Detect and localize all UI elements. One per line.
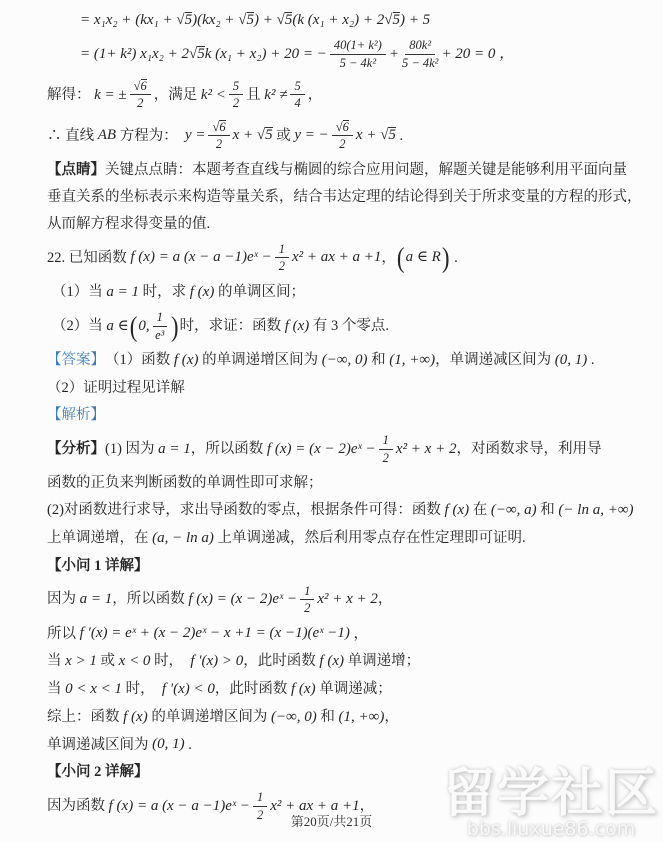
- math-segment: = x₁x₂ + (kx₁ + √5)(kx₂ + √5) + √5(k (x₁…: [80, 11, 430, 30]
- fraction-numerator: 1: [253, 790, 267, 806]
- text-segment: 解得：: [47, 86, 94, 104]
- text-segment: ，满足: [154, 86, 201, 104]
- text-segment: 或: [97, 652, 119, 670]
- math-segment: x² + x + 2: [396, 440, 457, 459]
- sqrt-radical: √6: [336, 120, 349, 134]
- fraction-numerator: 1: [300, 584, 314, 600]
- text-segment: 时，求: [139, 283, 190, 301]
- text-segment: ，: [381, 249, 396, 267]
- math-segment: f (x): [445, 501, 470, 520]
- math-segment: (1, +∞): [389, 351, 435, 370]
- text-segment: ，: [378, 590, 393, 608]
- section-label: 【分析】: [47, 440, 105, 458]
- fraction-numerator: 5: [290, 79, 304, 95]
- math-segment: f ′(x) > 0: [190, 652, 243, 671]
- dianjing-note-2: 垂直关系的坐标表示来构造等量关系，结合韦达定理的结论得到关于所求变量的方程的形式…: [47, 183, 629, 210]
- text-segment: 所以: [47, 625, 80, 643]
- sqrt-radical: √5: [277, 12, 293, 28]
- fraction: √62: [208, 120, 229, 152]
- text-segment: 和: [537, 501, 559, 519]
- math-segment: (−∞, a): [491, 501, 537, 520]
- text-segment: 当: [47, 680, 65, 698]
- text-segment: ，所以函数: [191, 440, 267, 458]
- text-segment: 单调递增；: [344, 652, 420, 670]
- math-segment: a ∈ R: [406, 248, 441, 267]
- fraction-denominator: 2: [339, 136, 345, 151]
- math-segment: + 20 = 0 ，: [441, 45, 514, 64]
- section-label: 【小问 1 详解】: [47, 557, 149, 575]
- math-segment: f (x): [174, 351, 199, 370]
- math-segment: 0 < x < 1: [65, 680, 122, 699]
- text-segment: 时，: [122, 680, 162, 698]
- text-segment: (1) 因为: [105, 440, 158, 458]
- math-segment: x² + x + 2: [317, 590, 378, 609]
- math-segment: x + √5: [233, 126, 273, 145]
- math-segment: f (x) = (x − 2)eˣ −: [188, 590, 297, 609]
- fraction: 54: [290, 79, 304, 111]
- text-segment: 时，: [150, 652, 190, 670]
- math-segment: 0,: [138, 317, 149, 336]
- text-segment: ，: [350, 625, 368, 643]
- fraction-numerator: 1: [379, 433, 393, 449]
- fraction-denominator: 2: [137, 95, 143, 110]
- fenxi-line-1: 【分析】(1) 因为 a = 1，所以函数 f (x) = (x − 2)eˣ …: [47, 429, 629, 470]
- math-segment: AB: [98, 126, 116, 145]
- jiexi-label: 【解析】: [47, 402, 629, 429]
- text-segment: 因为: [47, 590, 80, 608]
- math-segment: a ∈: [106, 317, 128, 336]
- fraction-denominator: 2: [304, 600, 310, 615]
- fraction-denominator: 2: [383, 450, 389, 465]
- text-segment: 上单调递增，在: [47, 529, 152, 547]
- text-segment: 上单调递减，然后利用零点存在性定理即可证明.: [214, 529, 526, 547]
- text-segment: 方程为：: [116, 127, 185, 145]
- fraction-numerator: 40(1+ k²): [330, 38, 386, 54]
- document-body: = x₁x₂ + (kx₁ + √5)(kx₂ + √5) + √5(k (x₁…: [47, 6, 629, 827]
- big-parenthesis: (: [397, 243, 405, 272]
- math-segment: a = 1: [158, 440, 191, 459]
- fraction-numerator: √6: [208, 120, 229, 136]
- big-parenthesis: (: [130, 312, 138, 341]
- dianjing-note-3: 从而解方程求得变量的值.: [47, 210, 629, 237]
- sqrt-radical: √5: [176, 12, 192, 28]
- fraction-denominator: 2: [233, 95, 239, 110]
- math-segment: f (x): [291, 680, 316, 699]
- text-segment: ∴ 直线: [47, 127, 98, 145]
- part1-step-3: 当 x > 1 或 x < 0 时， f ′(x) > 0，此时函数 f (x)…: [47, 648, 629, 676]
- part1-step-4: 当 0 < x < 1 时， f ′(x) < 0，此时函数 f (x) 单调递…: [47, 675, 629, 703]
- text-segment: 时，求证：函数: [180, 317, 285, 335]
- math-segment: (0, 1): [555, 351, 588, 370]
- fraction-denominator: 2: [216, 136, 222, 151]
- math-segment: f ′(x) = eˣ + (x − 2)eˣ − x +1 = (x −1)(…: [80, 624, 350, 643]
- part1-conclusion-1: 综上：函数 f (x) 的单调递增区间为 (−∞, 0) 和 (1, +∞)，: [47, 703, 629, 731]
- part1-conclusion-2: 单调递减区间为 (0, 1) .: [47, 731, 629, 759]
- math-segment: (0, 1): [152, 735, 185, 754]
- text-segment: .: [185, 736, 192, 754]
- fraction: 1e³: [153, 310, 167, 342]
- text-segment: 单调递减区间为: [47, 736, 152, 754]
- math-segment: y =: [185, 126, 206, 145]
- math-segment: (a, − ln a): [152, 529, 214, 548]
- math-segment: x > 1: [65, 652, 97, 671]
- fenxi-line-2: 函数的正负来判断函数的单调性即可求解；: [47, 469, 629, 496]
- dianjing-note-1: 【点睛】关键点点睛：本题考查直线与椭圆的综合应用问题，解题关键是能够利用平面向量: [47, 156, 629, 183]
- text-segment: 垂直关系的坐标表示来构造等量关系，结合韦达定理的结论得到关于所求变量的方程的形式…: [47, 188, 642, 206]
- text-segment: 和: [317, 708, 339, 726]
- sqrt-radical: √5: [384, 12, 400, 28]
- text-segment: 的单调区间；: [214, 283, 305, 301]
- text-segment: 当: [47, 652, 65, 670]
- text-segment: 的单调递增区间为: [198, 351, 321, 369]
- math-segment: = (1+ k²) x₁x₂ + 2√5k (x₁ + x₂) + 20 = −: [80, 45, 327, 64]
- line-ab-equation: ∴ 直线 AB 方程为： y =√62x + √5 或 y = −√62x + …: [47, 115, 629, 156]
- text-segment: （1）当: [52, 283, 106, 301]
- sqrt-radical: √6: [212, 120, 225, 134]
- fraction: 40(1+ k²)5 − 4k²: [330, 38, 386, 70]
- math-segment: a = 1: [80, 590, 113, 609]
- fraction: 12: [300, 584, 314, 616]
- math-segment: y = −: [294, 126, 328, 145]
- text-segment: 和: [368, 351, 390, 369]
- sqrt-radical: √5: [380, 127, 396, 143]
- section-label: 【小问 2 详解】: [47, 763, 149, 781]
- text-segment: 综上：函数: [47, 708, 123, 726]
- fraction: 80k²5 − 4k²: [402, 38, 438, 70]
- text-segment: ，单调递减区间为: [435, 351, 555, 369]
- text-segment: .: [396, 127, 403, 145]
- sqrt-radical: √6: [134, 79, 147, 93]
- sqrt-radical: √5: [238, 12, 254, 28]
- math-segment: x < 0: [119, 652, 151, 671]
- math-segment: a = 1: [106, 283, 139, 302]
- fraction: 52: [229, 79, 243, 111]
- math-segment: k² <: [201, 86, 226, 105]
- big-parenthesis: ): [171, 312, 179, 341]
- xiaowen2-label: 【小问 2 详解】: [47, 759, 629, 786]
- math-segment: f (x): [190, 283, 215, 302]
- document-page: = x₁x₂ + (kx₁ + √5)(kx₂ + √5) + √5(k (x₁…: [0, 0, 663, 842]
- math-segment: (− ln a, +∞): [558, 501, 633, 520]
- fraction-numerator: √6: [332, 120, 353, 136]
- answer-line: 【答案】（1）函数 f (x) 的单调递增区间为 (−∞, 0) 和 (1, +…: [47, 347, 629, 375]
- answer-part2: （2）证明过程见详解: [47, 374, 629, 401]
- text-segment: ，此时函数: [215, 680, 291, 698]
- text-segment: （1）函数: [105, 351, 174, 369]
- big-parenthesis: ): [442, 243, 450, 272]
- fraction: 12: [275, 242, 289, 274]
- text-segment: （2）证明过程见详解: [47, 379, 185, 397]
- section-label: 【答案】: [47, 351, 105, 369]
- text-segment: 在: [469, 501, 491, 519]
- text-segment: 关键点点睛：本题考查直线与椭圆的综合应用问题，解题关键是能够利用平面向量: [105, 161, 627, 179]
- math-segment: (−∞, 0): [322, 351, 368, 370]
- text-segment: ，: [308, 86, 323, 104]
- text-segment: ，所以函数: [112, 590, 188, 608]
- fenxi-line-3: (2)对函数进行求导，求出导函数的零点，根据条件可得：函数 f (x) 在 (−…: [47, 497, 629, 525]
- fraction: √62: [332, 120, 353, 152]
- part1-step-2: 所以 f ′(x) = eˣ + (x − 2)eˣ − x +1 = (x −…: [47, 620, 629, 648]
- xiaowen1-label: 【小问 1 详解】: [47, 552, 629, 579]
- fraction-denominator: 4: [294, 95, 300, 110]
- eq-expand-1: = x₁x₂ + (kx₁ + √5)(kx₂ + √5) + √5(k (x₁…: [80, 6, 629, 34]
- section-label: 【点睛】: [47, 161, 105, 179]
- math-segment: x² + ax + a +1: [292, 248, 381, 267]
- fraction-denominator: 5 − 4k²: [340, 55, 376, 70]
- fraction-denominator: 5 − 4k²: [402, 55, 438, 70]
- eq-solve-k: 解得： k = ±√62，满足 k² <52且 k² ≠54，: [47, 75, 629, 116]
- math-segment: f (x) = (x − 2)eˣ −: [267, 440, 376, 459]
- text-segment: .: [451, 249, 458, 267]
- fraction-numerator: √6: [130, 79, 151, 95]
- math-segment: f (x): [319, 652, 344, 671]
- fraction-numerator: 80k²: [405, 38, 435, 54]
- problem-22-statement: 22. 已知函数 f (x) = a (x − a −1)eˣ −12x² + …: [47, 237, 629, 278]
- text-segment: 从而解方程求得变量的值.: [47, 215, 210, 233]
- fraction: √62: [130, 79, 151, 111]
- fraction-numerator: 5: [229, 79, 243, 95]
- fraction-numerator: 1: [275, 242, 289, 258]
- text-segment: 有 3 个零点.: [309, 317, 389, 335]
- fraction-denominator: 2: [279, 258, 285, 273]
- text-segment: 22. 已知函数: [47, 249, 130, 267]
- math-segment: (1, +∞): [339, 708, 385, 727]
- part1-step-1: 因为 a = 1，所以函数 f (x) = (x − 2)eˣ −12x² + …: [47, 579, 629, 620]
- text-segment: 的单调递增区间为: [148, 708, 271, 726]
- text-segment: ，: [384, 708, 399, 726]
- text-segment: 或: [273, 127, 295, 145]
- text-segment: .: [587, 351, 594, 369]
- problem-22-part1: （1）当 a = 1 时，求 f (x) 的单调区间；: [52, 278, 629, 306]
- fraction-numerator: 1: [153, 310, 167, 326]
- math-segment: k = ±: [94, 86, 127, 105]
- text-segment: （2）当: [52, 317, 106, 335]
- text-segment: (2)对函数进行求导，求出导函数的零点，根据条件可得：函数: [47, 501, 445, 519]
- math-segment: x + √5: [356, 126, 396, 145]
- problem-22-part2: （2）当 a ∈(0,1e³)时，求证：函数 f (x) 有 3 个零点.: [52, 306, 629, 347]
- fraction: 12: [379, 433, 393, 465]
- text-segment: 函数的正负来判断函数的单调性即可求解；: [47, 474, 323, 492]
- eq-expand-2: = (1+ k²) x₁x₂ + 2√5k (x₁ + x₂) + 20 = −…: [80, 34, 629, 75]
- page-number: 第20页/共21页: [0, 811, 663, 830]
- math-segment: f (x) = a (x − a −1)eˣ −: [130, 248, 271, 267]
- math-segment: f (x): [285, 317, 310, 336]
- math-segment: (−∞, 0): [271, 708, 317, 727]
- fraction-denominator: e³: [155, 327, 164, 342]
- math-segment: f (x): [123, 708, 148, 727]
- math-segment: k² ≠: [264, 86, 287, 105]
- sqrt-radical: √5: [257, 127, 273, 143]
- text-segment: ，对函数求导，利用导: [456, 440, 601, 458]
- fenxi-line-4: 上单调递增，在 (a, − ln a) 上单调递减，然后利用零点存在性定理即可证…: [47, 524, 629, 552]
- section-label: 【解析】: [47, 406, 105, 424]
- sqrt-radical: √5: [189, 46, 205, 62]
- math-segment: +: [389, 45, 399, 64]
- math-segment: f ′(x) < 0: [162, 680, 215, 699]
- text-segment: 且: [246, 86, 264, 104]
- text-segment: 单调递减；: [316, 680, 392, 698]
- text-segment: ，此时函数: [243, 652, 319, 670]
